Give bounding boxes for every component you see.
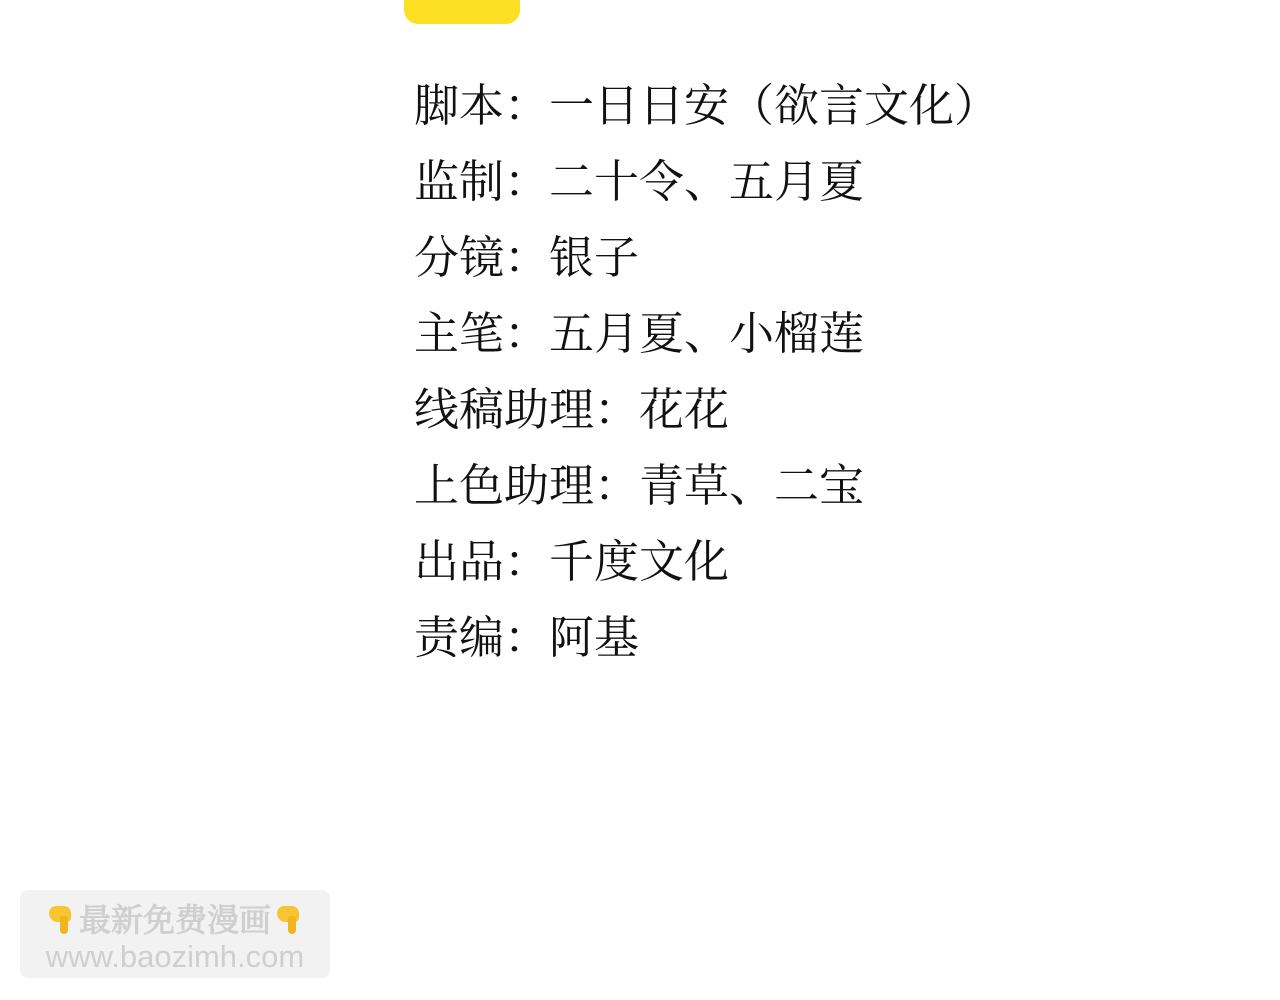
credit-role: 线稿助理 bbox=[414, 383, 594, 436]
credit-role: 监制 bbox=[414, 155, 504, 208]
credit-names: 阿基 bbox=[549, 611, 639, 664]
credit-row-supervisor: 监制：二十令、五月夏 bbox=[414, 154, 999, 230]
credit-separator: ： bbox=[504, 611, 549, 664]
watermark-title: 最新免费漫画 bbox=[79, 900, 271, 940]
credit-row-lineart-assistant: 线稿助理：花花 bbox=[414, 382, 999, 458]
credit-row-storyboard: 分镜：银子 bbox=[414, 230, 999, 306]
credit-row-editor: 责编：阿基 bbox=[414, 610, 999, 686]
credit-separator: ： bbox=[594, 383, 639, 436]
credit-names: 五月夏、小榴莲 bbox=[549, 307, 864, 360]
credit-separator: ： bbox=[504, 79, 549, 132]
credit-names: 花花 bbox=[639, 383, 729, 436]
credit-row-color-assistant: 上色助理：青草、二宝 bbox=[414, 458, 999, 534]
credit-row-lead-artist: 主笔：五月夏、小榴莲 bbox=[414, 306, 999, 382]
credit-names: 二十令、五月夏 bbox=[549, 155, 864, 208]
credit-separator: ： bbox=[594, 459, 639, 512]
watermark-url[interactable]: www.baozimh.com bbox=[20, 940, 330, 974]
pointing-down-hand-icon bbox=[275, 904, 303, 936]
credit-role: 责编 bbox=[414, 611, 504, 664]
credit-names: 青草、二宝 bbox=[639, 459, 864, 512]
credit-separator: ： bbox=[504, 231, 549, 284]
credit-row-producer: 出品：千度文化 bbox=[414, 534, 999, 610]
credit-row-script: 脚本：一日日安（欲言文化） bbox=[414, 78, 999, 154]
credit-separator: ： bbox=[504, 307, 549, 360]
credit-role: 出品 bbox=[414, 535, 504, 588]
credit-separator: ： bbox=[504, 535, 549, 588]
credit-names: 千度文化 bbox=[549, 535, 729, 588]
credit-names: 一日日安（欲言文化） bbox=[549, 79, 999, 132]
credit-role: 脚本 bbox=[414, 79, 504, 132]
watermark-title-row: 最新免费漫画 bbox=[20, 900, 330, 940]
credit-names: 银子 bbox=[549, 231, 639, 284]
credit-role: 主笔 bbox=[414, 307, 504, 360]
pointing-down-hand-icon bbox=[47, 904, 75, 936]
yellow-header-tab bbox=[404, 0, 520, 24]
credit-role: 上色助理 bbox=[414, 459, 594, 512]
credit-role: 分镜 bbox=[414, 231, 504, 284]
credits-list: 脚本：一日日安（欲言文化） 监制：二十令、五月夏 分镜：银子 主笔：五月夏、小榴… bbox=[414, 78, 999, 686]
site-watermark[interactable]: 最新免费漫画 www.baozimh.com bbox=[20, 890, 330, 978]
credit-separator: ： bbox=[504, 155, 549, 208]
